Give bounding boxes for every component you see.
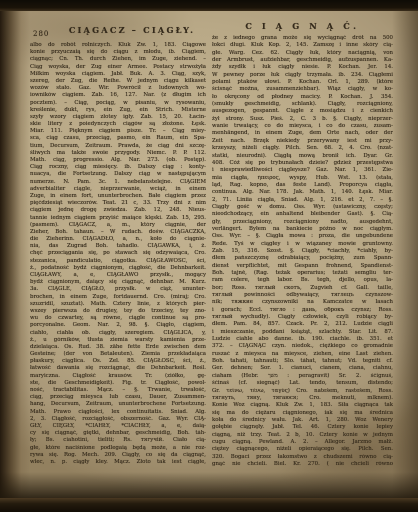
text-line: szereg, der Zug, die Reihe. W jednym cią… xyxy=(30,78,206,85)
page-number: 280 xyxy=(33,30,49,38)
text-line: żył strony. Susz. Pieś. 2, C. 3 b. §. Ci… xyxy=(212,116,393,123)
text-line: тяглый wychudły). Ciągły człowiek, czyli… xyxy=(212,314,393,321)
text-column-right: że z iednego grana może się wyciągnąć dr… xyxy=(212,35,393,468)
book-gutter-shadow xyxy=(0,9,30,498)
text-line: że z iednego grana może się wyciągnąć dr… xyxy=(212,35,393,42)
running-header-left: CIĄGACZ – CIĄGŁY. xyxy=(56,25,208,35)
text-line: nuacya, die Fortsetzung. Dalszy ciąg w n… xyxy=(30,171,206,178)
text-line: Ciągły gość w domu. Oss. Wyr. (ustawiczn… xyxy=(212,204,393,211)
text-line: cy się ciągnąć, giętki, dehnbar, geschme… xyxy=(30,430,206,437)
text-line: ciąg, przeciąg mieysca lub czasu, Dauer,… xyxy=(30,394,206,401)
text-line: hang, Decursum, Zeitraum, ununterbrochen… xyxy=(30,401,206,408)
text-line: Zab. 15, 316. Szost. §. Ciągły, *ciachły… xyxy=(212,248,393,255)
text-line: śćinaś (cf. siegnąć) Lat. tendo, tensum,… xyxy=(212,380,393,387)
text-line: ląd, Rag. kopno, das feste Land). Propor… xyxy=(212,182,393,189)
text-line: krzeyszy, niżeli ciągły. Pilch. Sen. 68.… xyxy=(212,145,393,152)
text-line: ło okręcony od płodney macicy. P. Kochan… xyxy=(212,94,393,101)
paper-page: 280 CIĄGACZ – CIĄGŁY. C I Ą G N Ą Ć. alb… xyxy=(0,9,418,498)
text-line: bor; Ross. тяглый скотъ, Zugvieh cf. Gal… xyxy=(212,285,393,292)
text-line: szyły wzory ciągiem złotey igły. Zab. 15… xyxy=(30,114,206,121)
text-line: Zeit nach. Brzęk niekiedy przerywany ies… xyxy=(212,138,393,145)
text-line: 320. Bogaci przez łakomstwo z chudszemi … xyxy=(212,454,393,461)
text-line: Math. ciąg, progressio. Alg. Nar. 273. (… xyxy=(30,157,206,164)
text-line: kreślenie, dukt, rys, ein Zug, ein Stric… xyxy=(30,107,206,114)
text-line: continua. Alg. Nar. 178. Jak. Math. 1, 1… xyxy=(212,189,393,196)
text-line: W pewney porze łuk ciągły trzymała. ib. … xyxy=(212,72,393,79)
book-edge-bottom xyxy=(0,498,418,512)
text-line: skie litery z poiedynczych ciągów są zło… xyxy=(30,121,206,128)
text-line: ciągnąc; Cn. Th. durch Ziehen, im Zuge, … xyxy=(30,56,206,63)
text-line: albo do robót rolniczych. Kluk Zw. 1, 18… xyxy=(30,42,206,49)
text-line: dłem pańszczyznę odrabiaiący, pociężny, … xyxy=(212,255,393,262)
text-line: konie przyuczaią się do ciągu z młodu, i… xyxy=(30,49,206,56)
text-line: statki, nieurodni). Ciągłą mową bronił i… xyxy=(212,153,393,160)
text-line: Konie Woz ciągną. Kluk Zw. 1, 183. Siła … xyxy=(212,402,393,409)
text-line: Boh. tajně, (Rag. težak operarius; težat… xyxy=(212,270,393,277)
text-line: szuzridil, szuztat). Math. Cztery linie,… xyxy=(30,301,206,308)
text-line: łokci długi. Kluk Kop. 2, 145. Zamszę i … xyxy=(212,42,393,49)
text-line: Miar. 111. Pięknym ciągiem pisze. Tr. – … xyxy=(30,128,206,135)
text-line: ram colere, tegh labor. Bs. tegh, djello… xyxy=(212,277,393,284)
text-line: ciągną, niż trzy. Teat. 2 b, 10. Cztery … xyxy=(212,432,393,439)
text-line: polami ptaków ułowi. P. Kochan. Orl. 1, … xyxy=(212,79,393,86)
text-line: ły; Bs. ciahotini, tieliti; Rs. тягучій.… xyxy=(30,437,206,444)
text-line: żdy szydłk i łuk ciągły niesie. P. Kocha… xyxy=(212,64,393,71)
text-line: 3a. CIĄGLE, CIĄGŁO, przysłk. w ciąż, unu… xyxy=(30,286,206,293)
text-line: dzielaiąca. Os. Rud. 38. zähe fette Erde… xyxy=(30,344,206,351)
scanned-dictionary-page: 280 CIĄGACZ – CIĄGŁY. C I Ą G N Ą Ć. alb… xyxy=(0,0,418,512)
text-line: Rede. Tyś w ciągłey i w wiązaney mowie g… xyxy=(212,241,393,248)
text-line: się ma do ciężaru ciągnionego, iak się m… xyxy=(212,410,393,417)
text-line: GŁY, CIĘGŁY, *CIAHŁY, *CIACHŁY, a, e, da… xyxy=(30,423,206,430)
text-line: koła do średnicy wału. Jak. Art. 1, 280.… xyxy=(212,417,393,424)
text-line: i niesprawiedliwości ciągleysze? Gaz. Na… xyxy=(212,167,393,174)
text-line: ścisnąć można, zusammenziehbar). Wiąz ci… xyxy=(212,86,393,93)
text-line: ność, tractabilitas. Mącz. – §. Trwanie,… xyxy=(30,387,206,394)
text-line: Ludzie ciahle abo danne. ib. 190. ciachl… xyxy=(212,336,393,343)
text-line: ciągiem jednę drogę zwiedza. Zab. 12, 24… xyxy=(30,207,206,214)
text-line: i mieszczanie, poddani książąt, szlachty… xyxy=(212,329,393,336)
text-line: wszey pierwsza do drugiey, tey do trzeci… xyxy=(30,308,206,315)
text-line: (pasmem). CIĄGACZ, a, m., który ciągnie,… xyxy=(30,222,206,229)
text-line: wanie trwaiący, co do mieysca, i co do c… xyxy=(212,123,393,130)
text-line: gnąć nie chcieli. Biel. Kr. 270. ( nie c… xyxy=(212,461,393,468)
text-line: Zuge, in einem fort, ununterbrochen. Bał… xyxy=(30,193,206,200)
text-line: wozów stało. Gaz. Wir. Powrócił z ludown… xyxy=(30,85,206,92)
book-edge-top xyxy=(0,0,418,11)
text-line: der Armbrust, aufziehbar, geschmeidig, a… xyxy=(212,57,393,64)
text-line: wlec, n. p. ciągły kley. Mącz. Złoto tak… xyxy=(30,459,206,466)
page-right-shading xyxy=(392,9,418,498)
text-line: głe, które naciśnione podlegaią będą moż… xyxy=(30,445,206,452)
text-line: głe. Warg. Cez. 62. Ciągły łuk, który na… xyxy=(212,50,393,57)
text-line: sca, ciąg czasu, przeciąg, pasmo, ein Ra… xyxy=(30,135,206,142)
text-line: tium, Decursum, Zeitraum. Prawda, że cią… xyxy=(30,143,206,150)
text-line: maryiczna. Ciągłość krausów. Tr. (ziółko… xyxy=(30,373,206,380)
text-line: Miłkim woyska ciągiem. Jabł. Buk. A. 3. … xyxy=(30,71,206,78)
text-line: Zieher, Boh. tahaun. – W rudach. dośw. C… xyxy=(30,229,206,236)
text-line: die Zieherinn. CIĄGADŁO, a, n., koło do … xyxy=(30,236,206,243)
text-line: rywa się. Rog. Mech. 209. Ciągły, co się… xyxy=(30,452,206,459)
text-line: gły, przeciągniony, rozciągniony nadto, … xyxy=(212,219,393,226)
text-line: iowników ciągiem. Zab. 16, 127. Nar. (z … xyxy=(30,92,206,99)
text-line: Ciąg roczny, ciąg miesięcy. ib. Dalszy c… xyxy=(30,164,206,171)
text-line: ż., u górników, tłusta ziemia warsty kam… xyxy=(30,337,206,344)
text-line: i gorach; Eccl. тягло : дань, оброкъ czy… xyxy=(212,307,393,314)
text-line: brochen, in einem Zuge, fortdauernd. Cro… xyxy=(30,294,206,301)
text-line: śliwych ma także swoie przygody. Niemc. … xyxy=(30,150,206,157)
text-line: łatwość dawania się rozciągnąć, die Dehn… xyxy=(30,365,206,372)
text-line: wu do czwartey, są równe, ciągle continu… xyxy=(30,315,206,322)
text-line: Ger. dehnen; Sor. 1. cianuci, cianem, ci… xyxy=(212,365,393,372)
text-line: 372. – CIĄGNĄĆ czyn. niedok., ciężkiego … xyxy=(212,343,393,350)
text-line: (smukły geschmeidig, schlank). Ciągły, r… xyxy=(212,101,393,108)
text-line: тяглый powinności odbywaiący, тяглецъ cz… xyxy=(212,292,393,299)
text-line: Boh. tahati, tahnauti; Slo. táhat, tahnu… xyxy=(212,358,393,365)
text-line: tannie iednym ciągiem przyiść maiące klę… xyxy=(30,215,206,222)
text-line: nik; тяжкие czynszowniki na Kamczatce w … xyxy=(212,299,393,306)
text-line: 408. Cóż się po trybunałach dzieie? gdzi… xyxy=(212,160,393,167)
running-header-right: C I Ą G N Ą Ć. xyxy=(212,21,393,31)
text-line: bydź ciągnionym, daiący się ciągnąć, deh… xyxy=(30,279,206,286)
text-line: Oss. Wyr. – §. Ciągła mowa : proza, die … xyxy=(212,233,393,240)
text-line: pięćdziesiąt wieczorów. Teat. 21 c, 33. … xyxy=(30,200,206,207)
text-line: nieodchodzący, ein anhaltend bleibender … xyxy=(212,211,393,218)
text-column-left: albo do robót rolniczych. Kluk Zw. 1, 18… xyxy=(30,42,206,466)
text-line: Ciąg woyska, der Zug einer Armee. Postac… xyxy=(30,64,206,71)
text-line: płaskury, ciąglica. Os. Żel. 85. CIĄGŁOŚ… xyxy=(30,358,206,365)
text-line: CIĄGŁAWY, a, e, CIĄGŁAWO przysłk., mogąc… xyxy=(30,272,206,279)
text-line: Gesteine; (der von Betaleuten). Ziemia p… xyxy=(30,351,206,358)
text-line: ste, die Geschmeidigkeit). Fig. tr. Ciąg… xyxy=(30,380,206,387)
text-line: 2, 71. Liniia ciągła, Śniad. Alg. 1, 216… xyxy=(212,197,393,204)
page-bottom-shading xyxy=(0,472,418,498)
text-line: numerze. N. Pam. 3c. 1. nebelanstelejne.… xyxy=(30,179,206,186)
text-line: ciahło, ciahła ob. ciągły, szeregiem. CI… xyxy=(30,330,206,337)
text-line: adverbialiter ciągle, nieprzerwanie, wci… xyxy=(30,186,206,193)
text-line: ruszać z mieysca na mieysce, ziehen, ein… xyxy=(212,351,393,358)
text-line: porcyonalne. Geom. Nar. 2, 98. §. Ciągło… xyxy=(30,322,206,329)
text-line: mia ciągła, ήπειρος, wyspy, Hub. Wst. 13… xyxy=(212,175,393,182)
text-line: gołębie ciągnęły. Jabł. Tel. 46. Cztery … xyxy=(212,424,393,431)
text-line: cugu ciągną. Pewland. A. 2. – Allegor. J… xyxy=(212,439,393,446)
text-line: stezanica, pandiculatio, ciągotka. CIĄGŁ… xyxy=(30,258,206,265)
text-line: pocztem). – Ciąg, pociąg, w pisaniu, w r… xyxy=(30,100,206,107)
text-line: nia, das Zugrad Boh. tahadlo. CIĄGAWKA, … xyxy=(30,243,206,250)
text-line: verlängert. Byłem na bankiecie późno w n… xyxy=(212,226,393,233)
text-line: Math. Prawo ciągłości, lex continuitatis… xyxy=(30,409,206,416)
text-line: menhängend, in einem Zuge, dem Orte nach… xyxy=(212,130,393,137)
text-line: 2, 3. Ciągłość, rozciągłość, obszerność.… xyxy=(30,416,206,423)
text-line: ciaham (Hebr. משך : peragravit) Sr. 2. ś… xyxy=(212,373,393,380)
text-line: chęć przeciągania się, po stawach się od… xyxy=(30,250,206,257)
text-line: ż., podatność bydź ciągnionym, ciągłość,… xyxy=(30,265,206,272)
text-line: Gr. τείνω, τένω, ταγύς) Cro. natešem, ra… xyxy=(212,388,393,395)
text-line: ausgezogen, gespannt. Ciągłe z mosiądzu … xyxy=(212,108,393,115)
text-line: dłem. Pam. 84, 857. Czack. Pr. 2, 212. L… xyxy=(212,321,393,328)
text-line: ciężey ciągnącego, niżeli opieraiącego s… xyxy=(212,446,393,453)
text-line: тягнуть, тяну, тягаюся; Cro. meknuti, ml… xyxy=(212,395,393,402)
text-line: dienst verpflichtet, mit Gespann frohnen… xyxy=(212,263,393,270)
